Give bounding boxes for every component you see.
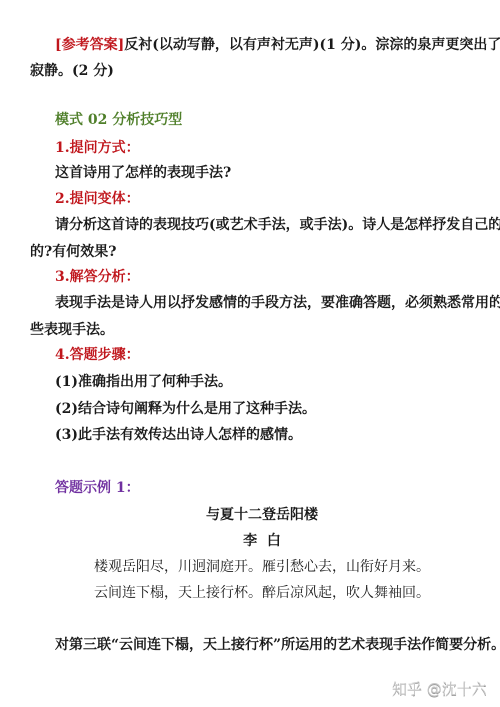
answer-text: 反衬(以动写静，以有声衬无声)(1 分)。淙淙的泉声更突出了月夜的 bbox=[124, 37, 500, 53]
body-text: 的?有何效果? bbox=[30, 243, 116, 261]
heading-question-variants: 2.提问变体： bbox=[55, 190, 140, 208]
body-text: 表现手法是诗人用以抒发感情的手段方法，要准确答题，必须熟悉常用的一 bbox=[55, 294, 500, 312]
answer-label: [参考答案] bbox=[55, 37, 124, 53]
heading-answer-steps: 4.答题步骤： bbox=[55, 346, 140, 364]
step-item: (3)此手法有效传达出诗人怎样的感情。 bbox=[55, 426, 302, 444]
poem-line: 楼观岳阳尽，川迥洞庭开。雁引愁心去，山衔好月来。 bbox=[0, 558, 500, 576]
body-text: 这首诗用了怎样的表现手法? bbox=[55, 164, 231, 182]
heading-question-format: 1.提问方式： bbox=[55, 139, 140, 157]
body-text: 些表现手法。 bbox=[30, 321, 114, 339]
step-item: (1)准确指出用了何种手法。 bbox=[55, 373, 232, 391]
poem-line: 云间连下榻，天上接行杯。醉后凉风起，吹人舞袖回。 bbox=[0, 584, 500, 602]
section-title: 模式 02 分析技巧型 bbox=[55, 111, 182, 129]
step-item: (2)结合诗句阐释为什么是用了这种手法。 bbox=[55, 400, 316, 418]
poem-title: 与夏十二登岳阳楼 bbox=[0, 506, 500, 524]
poem-author: 李 白 bbox=[0, 532, 500, 550]
answer-line-1: [参考答案]反衬(以动写静，以有声衬无声)(1 分)。淙淙的泉声更突出了月夜的 bbox=[55, 36, 500, 54]
body-text: 请分析这首诗的表现技巧(或艺术手法，或手法)。诗人是怎样抒发自己的情感 bbox=[55, 216, 500, 234]
watermark: 知乎 @沈十六 bbox=[392, 678, 487, 699]
heading-answer-analysis: 3.解答分析： bbox=[55, 268, 140, 286]
answer-line-2: 寂静。(2 分) bbox=[30, 62, 114, 80]
example-question: 对第三联“云间连下榻，天上接行杯”所运用的艺术表现手法作简要分析。 bbox=[55, 636, 500, 654]
example-label: 答题示例 1： bbox=[55, 479, 140, 497]
